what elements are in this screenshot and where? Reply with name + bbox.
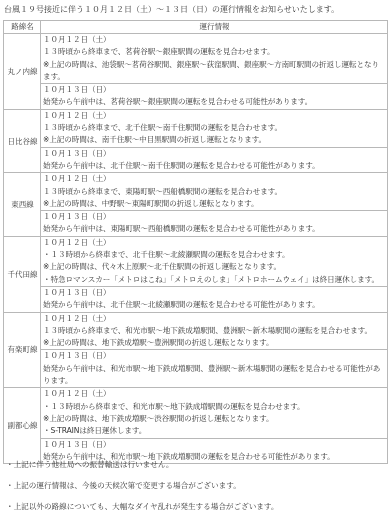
table-row: １０月１３日（日）始発から午前中は、北千住駅～南千住駅間の運転を見合わせる可能性…: [4, 147, 388, 173]
table-row: 日比谷線１０月１２日（土）１３時頃から終車まで、北千住駅～南千住駅間の運転を見合…: [4, 109, 388, 147]
date-label: １０月１３日（日）: [43, 439, 386, 451]
table-row: １０月１３日（日）始発から午前中は、北千住駅～北綾瀬駅間の運転を見合わせる可能性…: [4, 286, 388, 312]
operation-info-cell: １０月１２日（土）１３時頃から終車まで、東陽町駅～西船橋駅間の運転を見合わせます…: [41, 173, 388, 211]
info-line: 始発から午前中は、北千住駅～南千住駅間の運転を見合わせる可能性があります。: [43, 160, 386, 172]
date-label: １０月１２日（土）: [43, 34, 386, 46]
info-line: ・S-TRAINは終日運休します。: [43, 425, 386, 437]
operation-info-cell: １０月１２日（土）１３時頃から終車まで、茗荷谷駅～銀座駅間の運転を見合わせます。…: [41, 34, 388, 84]
table-row: 有楽町線１０月１２日（土）１３時頃から終車まで、和光市駅～地下鉄成増駅間、豊洲駅…: [4, 312, 388, 350]
line-name-cell: 丸ノ内線: [4, 34, 41, 110]
info-line: 始発から午前中は、和光市駅～地下鉄成増駅間、豊洲駅～新木場駅間の運転を見合わせる…: [43, 363, 386, 388]
line-name-cell: 千代田線: [4, 236, 41, 312]
table-row: １０月１３日（日）始発から午前中は、茗荷谷駅～銀座駅間の運転を見合わせる可能性が…: [4, 84, 388, 110]
table-header-row: 路線名 運行情報: [4, 21, 388, 34]
date-label: １０月１２日（土）: [43, 237, 386, 249]
line-name-cell: 東西線: [4, 173, 41, 236]
operation-info-table: 路線名 運行情報 丸ノ内線１０月１２日（土）１３時頃から終車まで、茗荷谷駅～銀座…: [3, 20, 388, 464]
date-label: １０月１２日（土）: [43, 388, 386, 400]
operation-info-cell: １０月１３日（日）始発から午前中は、東陽町駅～西船橋駅間の運転を見合わせる可能性…: [41, 211, 388, 237]
info-line: １３時頃から終車まで、和光市駅～地下鉄成増駅間、豊洲駅～新木場駅間の運転を見合わ…: [43, 325, 386, 337]
info-line: ※上記の時間は、池袋駅～茗荷谷駅間、銀座駅～荻窪駅間、銀座駅～方南町駅間の折返し…: [43, 59, 386, 84]
intro-text: 台風１９号接近に伴う１０月１２日（土）～１３日（日）の運行情報をお知らせいたしま…: [4, 4, 339, 15]
info-line: １３時頃から終車まで、東陽町駅～西船橋駅間の運転を見合わせます。: [43, 186, 386, 198]
table-row: １０月１３日（日）始発から午前中は、東陽町駅～西船橋駅間の運転を見合わせる可能性…: [4, 211, 388, 237]
operation-info-cell: １０月１２日（土）・１３時頃から終車まで、和光市駅～地下鉄成増駅間の運転を見合わ…: [41, 388, 388, 438]
info-line: １３時頃から終車まで、北千住駅～南千住駅間の運転を見合わせます。: [43, 122, 386, 134]
date-label: １０月１３日（日）: [43, 350, 386, 362]
operation-info-cell: １０月１３日（日）始発から午前中は、和光市駅～地下鉄成増駅間、豊洲駅～新木場駅間…: [41, 350, 388, 388]
table-row: 東西線１０月１２日（土）１３時頃から終車まで、東陽町駅～西船橋駅間の運転を見合わ…: [4, 173, 388, 211]
info-line: ※上記の時間は、地下鉄成増駅～豊洲駅間の折返し運転となります。: [43, 337, 386, 349]
note-item: ・上記以外の路線についても、大幅なダイヤ乱れが発生する場合がございます。: [6, 502, 278, 511]
operation-info-cell: １０月１２日（土）１３時頃から終車まで、北千住駅～南千住駅間の運転を見合わせます…: [41, 109, 388, 147]
table-row: 副都心線１０月１２日（土）・１３時頃から終車まで、和光市駅～地下鉄成増駅間の運転…: [4, 388, 388, 438]
info-line: ※上記の時間は、代々木上原駅～北千住駅間の折返し運転となります。: [43, 261, 386, 273]
info-line: ※上記の時間は、南千住駅～中目黒駅間の折返し運転となります。: [43, 134, 386, 146]
info-line: １３時頃から終車まで、茗荷谷駅～銀座駅間の運転を見合わせます。: [43, 46, 386, 58]
info-line: 始発から午前中は、東陽町駅～西船橋駅間の運転を見合わせる可能性があります。: [43, 223, 386, 235]
operation-info-cell: １０月１３日（日）始発から午前中は、北千住駅～南千住駅間の運転を見合わせる可能性…: [41, 147, 388, 173]
info-line: ・１３時頃から終車まで、和光市駅～地下鉄成増駅間の運転を見合わせます。: [43, 401, 386, 413]
date-label: １０月１２日（土）: [43, 313, 386, 325]
date-label: １０月１３日（日）: [43, 211, 386, 223]
date-label: １０月１３日（日）: [43, 84, 386, 96]
line-name-cell: 有楽町線: [4, 312, 41, 388]
date-label: １０月１２日（土）: [43, 110, 386, 122]
note-item: ・上記の運行情報は、今後の天候次第で変更する場合がございます。: [6, 481, 278, 490]
date-label: １０月１３日（日）: [43, 148, 386, 160]
notes: ・上記に伴う他社局への振替輸送は行いません。 ・上記の運行情報は、今後の天候次第…: [6, 460, 278, 517]
operation-info-cell: １０月１３日（日）始発から午前中は、茗荷谷駅～銀座駅間の運転を見合わせる可能性が…: [41, 84, 388, 110]
header-operation-info: 運行情報: [41, 21, 388, 34]
operation-info-cell: １０月１２日（土）・１３時頃から終車まで、北千住駅～北綾瀬駅間の運転を見合わせま…: [41, 236, 388, 286]
header-line-name: 路線名: [4, 21, 41, 34]
info-line: ※上記の時間は、地下鉄成増駅～渋谷駅間の折返し運転となります。: [43, 413, 386, 425]
operation-info-cell: １０月１２日（土）１３時頃から終車まで、和光市駅～地下鉄成増駅間、豊洲駅～新木場…: [41, 312, 388, 350]
table-row: １０月１３日（日）始発から午前中は、和光市駅～地下鉄成増駅間、豊洲駅～新木場駅間…: [4, 350, 388, 388]
line-name-cell: 副都心線: [4, 388, 41, 464]
operation-info-cell: １０月１３日（日）始発から午前中は、北千住駅～北綾瀬駅間の運転を見合わせる可能性…: [41, 286, 388, 312]
info-line: ・特急ロマンスカー「メトロはこね」「メトロえのしま」「メトロホームウェイ」は終日…: [43, 274, 386, 286]
date-label: １０月１３日（日）: [43, 287, 386, 299]
line-name-cell: 日比谷線: [4, 109, 41, 172]
info-line: 始発から午前中は、北千住駅～北綾瀬駅間の運転を見合わせる可能性があります。: [43, 299, 386, 311]
info-line: 始発から午前中は、茗荷谷駅～銀座駅間の運転を見合わせる可能性があります。: [43, 96, 386, 108]
info-line: ・１３時頃から終車まで、北千住駅～北綾瀬駅間の運転を見合わせます。: [43, 249, 386, 261]
table-row: 丸ノ内線１０月１２日（土）１３時頃から終車まで、茗荷谷駅～銀座駅間の運転を見合わ…: [4, 34, 388, 84]
table-row: 千代田線１０月１２日（土）・１３時頃から終車まで、北千住駅～北綾瀬駅間の運転を見…: [4, 236, 388, 286]
date-label: １０月１２日（土）: [43, 173, 386, 185]
info-line: ※上記の時間は、中野駅～東陽町駅間の折返し運転となります。: [43, 198, 386, 210]
note-item: ・上記に伴う他社局への振替輸送は行いません。: [6, 460, 278, 469]
